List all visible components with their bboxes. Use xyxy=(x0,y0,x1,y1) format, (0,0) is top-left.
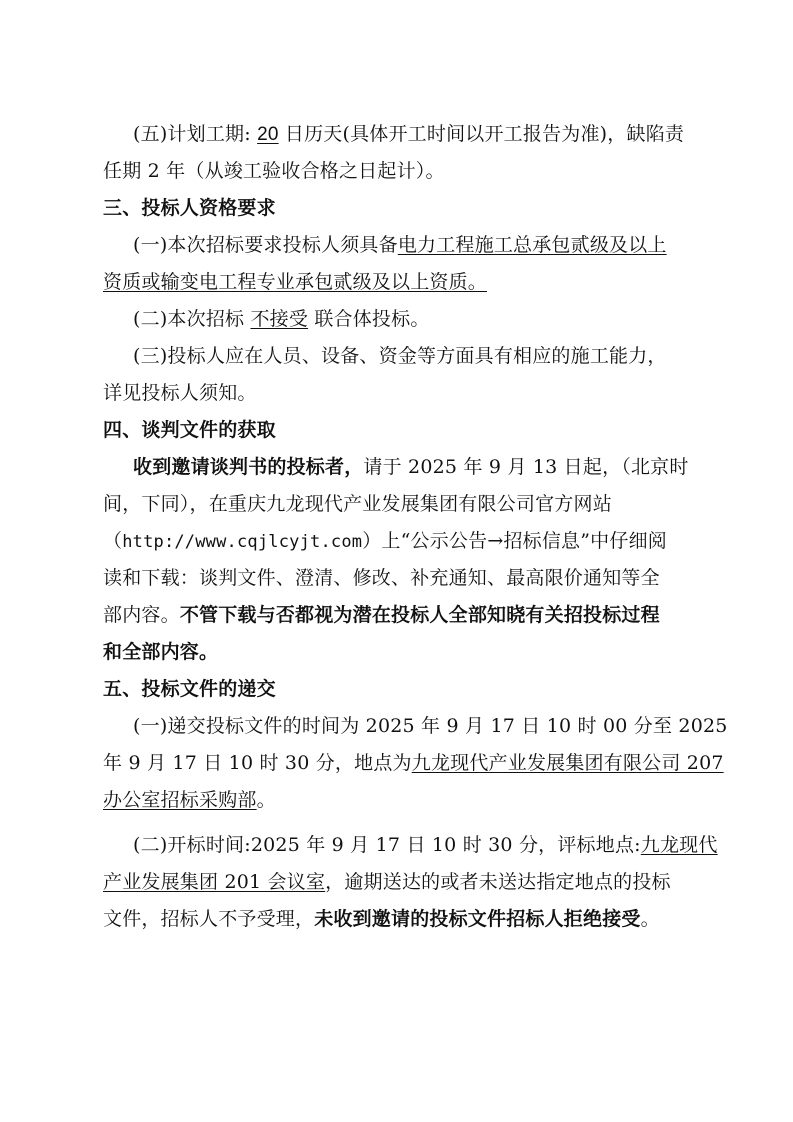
qualification-requirement-2: 资质或输变电工程专业承包贰级及以上资质。 xyxy=(103,271,487,293)
acquisition-line-6: 和全部内容。 xyxy=(103,634,691,671)
qualification-line-1: (一)本次招标要求投标人须具备电力工程施工总承包贰级及以上 xyxy=(103,227,691,264)
opening-location-1: 九龙现代 xyxy=(641,834,718,856)
opening-line-2: 产业发展集团 201 会议室，逾期送达的或者未送达指定地点的投标 xyxy=(103,864,691,901)
duration-days: 20 xyxy=(257,124,279,145)
acquisition-line-5-normal: 部内容。 xyxy=(103,604,180,626)
capability-line-2: 详见投标人须知。 xyxy=(103,375,691,412)
submission-location-1: 九龙现代产业发展集团有限公司 207 xyxy=(412,752,724,774)
consortium-status: 不接受 xyxy=(250,308,308,330)
duration-line-1: (五)计划工期: 20 日历天(具体开工时间以开工报告为准)，缺陷责 xyxy=(103,116,691,153)
opening-line-3-prefix: 文件，招标人不予受理， xyxy=(103,908,314,930)
opening-line-2-rest: ，逾期送达的或者未送达指定地点的投标 xyxy=(325,871,671,893)
opening-line-3: 文件，招标人不予受理，未收到邀请的投标文件招标人拒绝接受。 xyxy=(103,901,691,938)
opening-period: 。 xyxy=(641,908,660,930)
acquisition-line-1: 收到邀请谈判书的投标者，请于 2025 年 9 月 13 日起，（北京时 xyxy=(103,449,691,486)
acquisition-line-3: （http://www.cqjlcyjt.com）上“公示公告→招标信息”中仔细… xyxy=(103,523,691,560)
website-link[interactable]: http://www.cqjlcyjt.com xyxy=(122,532,362,552)
duration-line-2: 任期 2 年（从竣工验收合格之日起计）。 xyxy=(103,153,691,190)
submission-line-1: (一)递交投标文件的时间为 2025 年 9 月 17 日 10 时 00 分至… xyxy=(103,708,691,745)
duration-prefix: (五)计划工期: xyxy=(133,123,257,145)
opening-line-1: (二)开标时间:2025 年 9 月 17 日 10 时 30 分，评标地点:九… xyxy=(103,827,691,864)
capability-line-1: (三)投标人应在人员、设备、资金等方面具有相应的施工能力， xyxy=(103,338,691,375)
section-4-heading: 四、谈判文件的获取 xyxy=(103,412,691,449)
submission-time: 年 9 月 17 日 10 时 30 分，地点为 xyxy=(103,752,412,774)
qualification-requirement-1: 电力工程施工总承包贰级及以上 xyxy=(398,234,667,256)
consortium-line: (二)本次招标 不接受 联合体投标。 xyxy=(103,301,691,338)
consortium-prefix: (二)本次招标 xyxy=(133,308,250,330)
submission-line-2: 年 9 月 17 日 10 时 30 分，地点为九龙现代产业发展集团有限公司 2… xyxy=(103,745,691,782)
qualification-line-2: 资质或输变电工程专业承包贰级及以上资质。 xyxy=(103,264,691,301)
opening-time: (二)开标时间:2025 年 9 月 17 日 10 时 30 分，评标地点: xyxy=(133,834,641,856)
duration-suffix: 日历天(具体开工时间以开工报告为准)，缺陷责 xyxy=(279,123,684,145)
submission-period: 。 xyxy=(257,789,276,811)
spacer xyxy=(103,819,691,827)
acquisition-bold-lead: 收到邀请谈判书的投标者， xyxy=(133,456,363,478)
rejection-notice: 未收到邀请的投标文件招标人拒绝接受 xyxy=(314,908,640,930)
acquisition-line-3-rest: ）上“公示公告→招标信息”中仔细阅 xyxy=(362,530,667,552)
opening-location-2: 产业发展集团 201 会议室 xyxy=(103,871,325,893)
acquisition-notice-bold: 不管下载与否都视为潜在投标人全部知晓有关招投标过程 xyxy=(180,604,660,626)
acquisition-line-2: 间，下同），在重庆九龙现代产业发展集团有限公司官方网站 xyxy=(103,486,691,523)
submission-location-2: 办公室招标采购部 xyxy=(103,789,257,811)
submission-line-3: 办公室招标采购部。 xyxy=(103,782,691,819)
paren-open: （ xyxy=(103,530,122,552)
section-5-heading: 五、投标文件的递交 xyxy=(103,671,691,708)
qualification-prefix: (一)本次招标要求投标人须具备 xyxy=(133,234,398,256)
acquisition-line-4: 读和下载：谈判文件、澄清、修改、补充通知、最高限价通知等全 xyxy=(103,560,691,597)
section-3-heading: 三、投标人资格要求 xyxy=(103,190,691,227)
consortium-suffix: 联合体投标。 xyxy=(308,308,429,330)
document-page: (五)计划工期: 20 日历天(具体开工时间以开工报告为准)，缺陷责 任期 2 … xyxy=(103,116,691,938)
acquisition-date: 请于 2025 年 9 月 13 日起，（北京时 xyxy=(363,456,688,478)
acquisition-line-5: 部内容。不管下载与否都视为潜在投标人全部知晓有关招投标过程 xyxy=(103,597,691,634)
